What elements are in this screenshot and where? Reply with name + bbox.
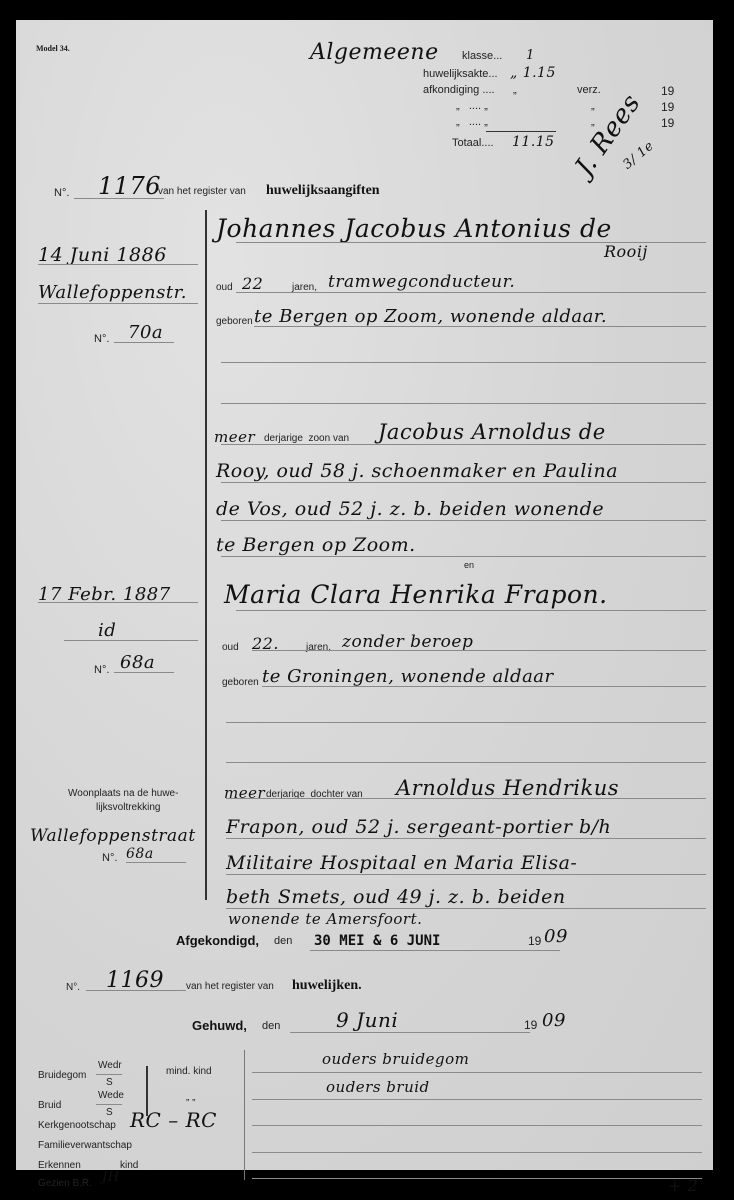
rule (221, 444, 706, 445)
gehuwd-label: Gehuwd, (192, 1018, 247, 1033)
gezien-label: Gezien B.R. (38, 1178, 92, 1189)
rule (221, 362, 706, 363)
rule (96, 1074, 122, 1075)
fee-klasse-value: 1 (526, 48, 535, 63)
rule (38, 602, 198, 603)
rule (96, 1104, 122, 1105)
bride-address-no-label: N°. (94, 664, 109, 676)
rule (226, 908, 706, 909)
gehuwd-date: 9 Juni (336, 1008, 398, 1032)
rule (226, 762, 706, 763)
bride-oud-label: oud (222, 642, 239, 653)
groom-oud-label: oud (216, 282, 233, 293)
rule (38, 303, 198, 304)
rule (236, 610, 706, 611)
rule (114, 342, 174, 343)
bride-jaren-label: jaren, (306, 642, 331, 653)
rule (310, 950, 560, 951)
rule (252, 650, 706, 651)
groom-parents-line: de Vos, oud 52 j. z. b. beiden wonende (216, 498, 604, 520)
groom-address-no-label: N°. (94, 333, 109, 345)
rule (221, 556, 706, 557)
fee-klasse-label: klasse... (462, 50, 502, 62)
huwelijk-register-type: huwelijken. (292, 978, 362, 994)
residence-no-label: N°. (102, 852, 117, 864)
klasse-handwritten: Algemeene (310, 40, 439, 65)
fee-row4-ditto: „ .... „ (456, 100, 488, 112)
groom-name-line1: Johannes Jacobus Antonius de (216, 214, 612, 243)
register-no-label: N°. (54, 187, 69, 199)
bruid-s: S (106, 1107, 113, 1118)
rule (226, 874, 706, 875)
rule (262, 686, 706, 687)
register-text: van het register van (158, 186, 246, 197)
bride-address-no: 68a (120, 652, 155, 673)
bride-parents-line: beth Smets, oud 49 j. z. b. beiden (226, 886, 566, 908)
afgekondigd-year-prefix: 19 (528, 934, 541, 948)
gehuwd-year-prefix: 19 (524, 1018, 537, 1032)
ditto-marks: „ „ (186, 1092, 195, 1103)
kerkgenootschap-label: Kerkgenootschap (38, 1120, 116, 1131)
bruidegom-label: Bruidegom (38, 1070, 86, 1081)
rule (290, 1032, 530, 1033)
gezien-initials: JH (102, 1170, 120, 1185)
signature-note: 3/ 1e (620, 138, 657, 172)
familieverwantschap-label: Familieverwantschap (38, 1140, 132, 1151)
register-no-value: 1176 (98, 172, 161, 200)
afgekondigd-year: 09 (544, 926, 568, 947)
rule (254, 326, 706, 327)
mind-kind-label: mind. kind (166, 1066, 212, 1077)
bride-parents-line: wonende te Amersfoort. (228, 910, 422, 928)
afgekondigd-label: Afgekondigd, (176, 933, 259, 948)
huwelijk-register-text: van het register van (186, 981, 274, 992)
totaal-label: Totaal.... (452, 137, 494, 149)
bride-geboren-label: geboren (222, 677, 259, 688)
rule (226, 798, 706, 799)
rule (226, 722, 706, 723)
rule (236, 292, 706, 293)
residence-label-line2: lijksvoltrekking (96, 802, 160, 813)
rule (221, 403, 706, 404)
column-divider (205, 210, 207, 900)
bride-parents-line: Militaire Hospitaal en Maria Elisa- (226, 852, 577, 874)
footer-note: ouders bruidegom (322, 1050, 469, 1068)
fee-afkondiging-year: 19 (661, 84, 674, 98)
fee-row4-extra: „ (591, 100, 595, 112)
rule (252, 1099, 702, 1100)
rule (221, 482, 706, 483)
residence-label-line1: Woonplaats na de huwe- (68, 788, 178, 799)
marriage-register-form: Model 34. Algemeene klasse... 1 huwelijk… (16, 20, 713, 1170)
groom-parents-label: derjarige zoon van (264, 433, 349, 444)
erkennen-label: Erkennen (38, 1160, 81, 1171)
bruid-wede: Wede (98, 1090, 124, 1101)
rule (226, 838, 706, 839)
bruidegom-wedr: Wedr (98, 1060, 122, 1071)
fee-afkondiging-label: afkondiging .... (423, 84, 495, 96)
corner-mark: + 2 (668, 1176, 698, 1195)
huwelijk-no-label: N°. (66, 982, 80, 993)
groom-parents-line: Rooy, oud 58 j. schoenmaker en Paulina (216, 460, 618, 482)
bride-born: te Groningen, wonende aldaar (262, 666, 554, 687)
totaal-value: 11.15 (512, 134, 555, 150)
fee-row5-year: 19 (661, 116, 674, 130)
afgekondigd-den: den (274, 935, 292, 947)
groom-parents-line: Jacobus Arnoldus de (378, 420, 606, 444)
groom-address-no: 70a (128, 322, 163, 343)
bride-parents-line: Frapon, oud 52 j. sergeant-portier b/h (226, 816, 611, 838)
residence-no-value: 68a (126, 846, 154, 862)
groom-parents-line: te Bergen op Zoom. (216, 534, 416, 556)
groom-age: 22 (242, 274, 263, 293)
rule (252, 1152, 702, 1153)
rule (252, 1072, 702, 1073)
fee-row5-ditto: „ .... „ (456, 116, 488, 128)
rule (86, 990, 186, 991)
fee-row4-year: 19 (661, 100, 674, 114)
rule (64, 640, 198, 641)
register-no-rule (74, 198, 164, 199)
groom-geboren-label: geboren (216, 316, 253, 327)
bride-parents-line: Arnoldus Hendrikus (396, 776, 619, 800)
kerkgenootschap-value: RC – RC (130, 1108, 217, 1132)
bride-name: Maria Clara Henrika Frapon. (224, 580, 608, 609)
en-label: en (464, 560, 474, 570)
gehuwd-year: 09 (542, 1010, 566, 1031)
footer-note: ouders bruid (326, 1078, 430, 1096)
fee-huwelijksakte-value: „ 1.15 (510, 65, 556, 81)
bride-occupation: zonder beroep (342, 632, 473, 652)
model-label: Model 34. (36, 44, 70, 53)
fee-row5-extra: „ (591, 116, 595, 128)
groom-birth-date: 14 Juni 1886 (38, 244, 167, 266)
rule (126, 862, 186, 863)
residence-value: Wallefoppenstraat (30, 826, 196, 846)
bruid-label: Bruid (38, 1100, 61, 1111)
afgekondigd-stamp: 30 MEI & 6 JUNI (314, 933, 440, 949)
footer-divider (244, 1050, 245, 1180)
fee-huwelijksakte-label: huwelijksakte... (423, 68, 498, 80)
rule (252, 1178, 702, 1179)
rule (252, 1125, 702, 1126)
rule (114, 672, 174, 673)
bride-address: id (98, 620, 116, 641)
groom-name-line2: Rooij (604, 242, 648, 261)
rule (221, 520, 706, 521)
totaal-rule (486, 131, 556, 132)
fee-afkondiging-verz: verz. (577, 84, 601, 96)
rule (38, 264, 198, 265)
bruidegom-s: S (106, 1077, 113, 1088)
groom-address: Wallefoppenstr. (38, 282, 187, 303)
groom-occupation: tramwegconducteur. (328, 272, 515, 292)
kind-label: kind (120, 1160, 138, 1171)
fee-afkondiging-ditto: „ (513, 84, 517, 96)
gehuwd-den: den (262, 1020, 280, 1032)
register-type: huwelijksaangiften (266, 183, 380, 199)
groom-born: te Bergen op Zoom, wonende aldaar. (254, 306, 607, 327)
bride-parents-prefix: meer (224, 784, 265, 802)
